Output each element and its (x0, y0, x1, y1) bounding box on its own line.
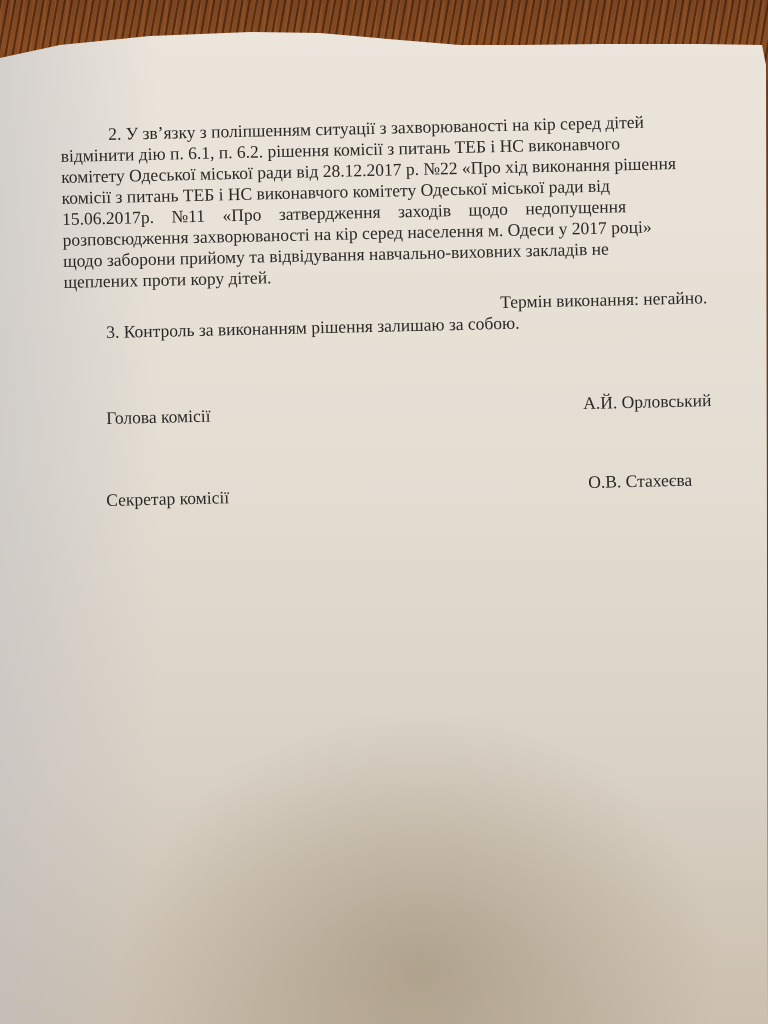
deadline-text: Термін виконання: негайно. (500, 287, 707, 313)
paragraph-3: 3. Контроль за виконанням рішення залиша… (106, 313, 520, 343)
secretary-name: О.В. Стахеєва (588, 470, 692, 493)
chairman-label: Голова комісії (106, 406, 211, 429)
secretary-label: Секретар комісії (106, 487, 229, 511)
chairman-name: А.Й. Орловський (583, 390, 712, 414)
document-page: 2. У зв’язку з поліпшенням ситуації з за… (0, 30, 768, 1024)
paragraph-2: 2. У зв’язку з поліпшенням ситуації з за… (60, 110, 724, 293)
